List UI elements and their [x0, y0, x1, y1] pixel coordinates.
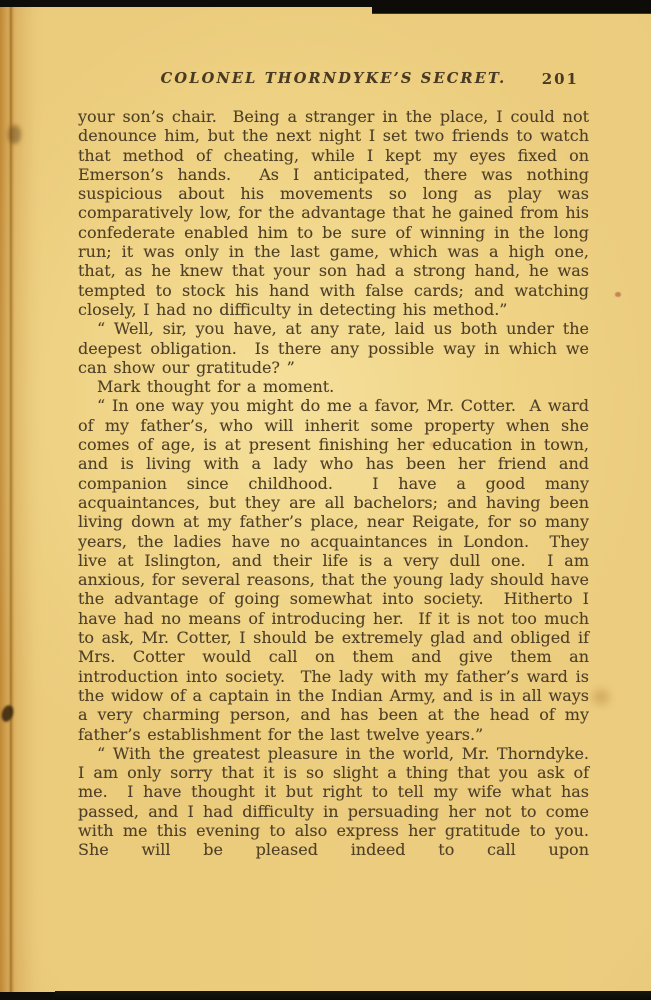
paragraph-4: “ In one way you might do me a favor, Mr…: [78, 396, 589, 743]
book-edge-top-right: [372, 0, 651, 14]
page-number: 201: [542, 68, 579, 90]
page-blemish: [615, 292, 621, 297]
running-header: COLONEL THORNDYKE’S SECRET. 201: [78, 68, 589, 90]
paragraph-2: “ Well, sir, you have, at any rate, laid…: [78, 319, 589, 377]
scanned-book-photo: COLONEL THORNDYKE’S SECRET. 201 your son…: [0, 0, 651, 1000]
page-text: your son’s chair. Being a stranger in th…: [78, 107, 589, 860]
page-crease: [9, 7, 14, 992]
running-title: COLONEL THORNDYKE’S SECRET.: [78, 68, 589, 90]
paragraph-3: Mark thought for a moment.: [78, 377, 589, 396]
page-gutter-shadow: [0, 7, 42, 992]
page-blemish: [8, 125, 21, 144]
book-edge-bottom: [55, 991, 651, 1000]
paragraph-5: “ With the greatest pleasure in the worl…: [78, 744, 589, 860]
book-page: COLONEL THORNDYKE’S SECRET. 201 your son…: [0, 7, 651, 992]
paragraph-1: your son’s chair. Being a stranger in th…: [78, 107, 589, 319]
